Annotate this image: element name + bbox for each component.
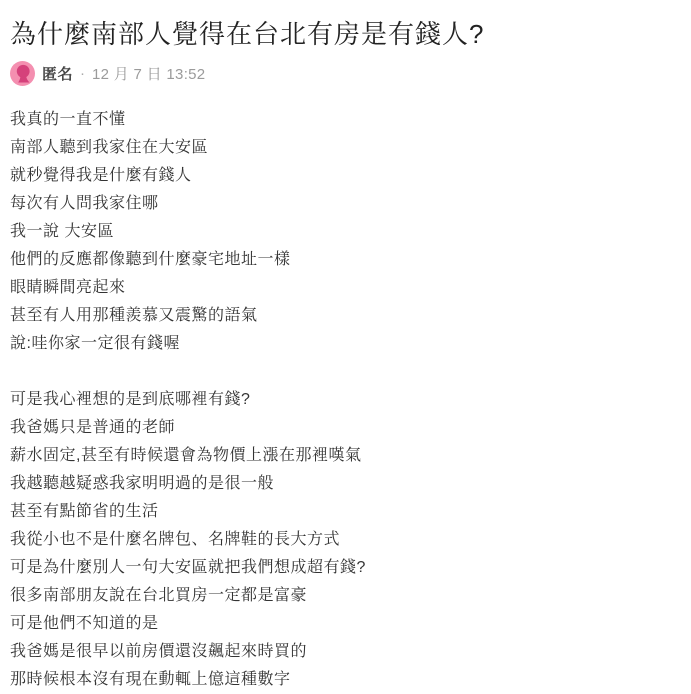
- post-text-line: 那時候根本沒有現在動輒上億這種數字: [10, 666, 677, 694]
- post-title: 為什麼南部人覺得在台北有房是有錢人?: [10, 16, 677, 52]
- post-text-line: 可是我心裡想的是到底哪裡有錢?: [10, 386, 677, 414]
- post-text-line: 甚至有人用那種羨慕又震驚的語氣: [10, 302, 677, 330]
- post-text-line: 就秒覺得我是什麼有錢人: [10, 162, 677, 190]
- post-text-line: 我一說 大安區: [10, 218, 677, 246]
- post-text-line: 甚至有點節省的生活: [10, 498, 677, 526]
- post-text-line: 可是為什麼別人一句大安區就把我們想成超有錢?: [10, 554, 677, 582]
- post-text-line: [10, 358, 677, 386]
- post-timestamp: 12 月 7 日 13:52: [92, 63, 205, 84]
- post-text-line: 每次有人問我家住哪: [10, 190, 677, 218]
- post-text-line: 我越聽越疑惑我家明明過的是很一般: [10, 470, 677, 498]
- post-text-line: 很多南部朋友說在台北買房一定都是富豪: [10, 582, 677, 610]
- post-body: 我真的一直不懂南部人聽到我家住在大安區就秒覺得我是什麼有錢人每次有人問我家住哪我…: [10, 106, 677, 694]
- author-name: 匿名: [42, 63, 73, 84]
- post-container: 為什麼南部人覺得在台北有房是有錢人? 匿名 · 12 月 7 日 13:52 我…: [0, 0, 691, 694]
- post-text-line: 說:哇你家一定很有錢喔: [10, 330, 677, 358]
- post-text-line: 眼睛瞬間亮起來: [10, 274, 677, 302]
- post-text-line: 他們的反應都像聽到什麼豪宅地址一樣: [10, 246, 677, 274]
- post-text-line: 我爸媽是很早以前房價還沒飆起來時買的: [10, 638, 677, 666]
- author-row: 匿名 · 12 月 7 日 13:52: [10, 61, 677, 86]
- anonymous-avatar-icon: [10, 61, 35, 86]
- post-text-line: 可是他們不知道的是: [10, 610, 677, 638]
- post-text-line: 我爸媽只是普通的老師: [10, 414, 677, 442]
- post-text-line: 薪水固定,甚至有時候還會為物價上漲在那裡嘆氣: [10, 442, 677, 470]
- separator-dot: ·: [80, 65, 85, 82]
- post-text-line: 南部人聽到我家住在大安區: [10, 134, 677, 162]
- post-text-line: 我從小也不是什麼名牌包、名牌鞋的長大方式: [10, 526, 677, 554]
- post-text-line: 我真的一直不懂: [10, 106, 677, 134]
